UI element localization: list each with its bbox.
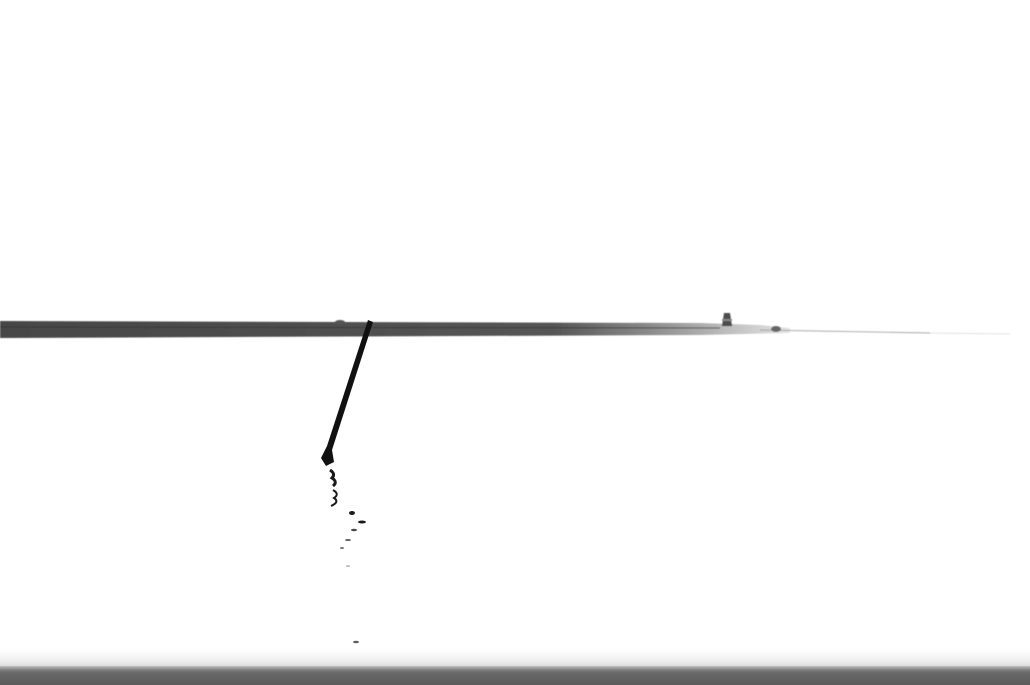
photo-scene: Minimalist high-key black and white phot… — [0, 0, 1030, 685]
blurred-foreground — [0, 645, 1030, 685]
photo-canvas — [0, 0, 1030, 685]
sky — [0, 0, 1030, 685]
